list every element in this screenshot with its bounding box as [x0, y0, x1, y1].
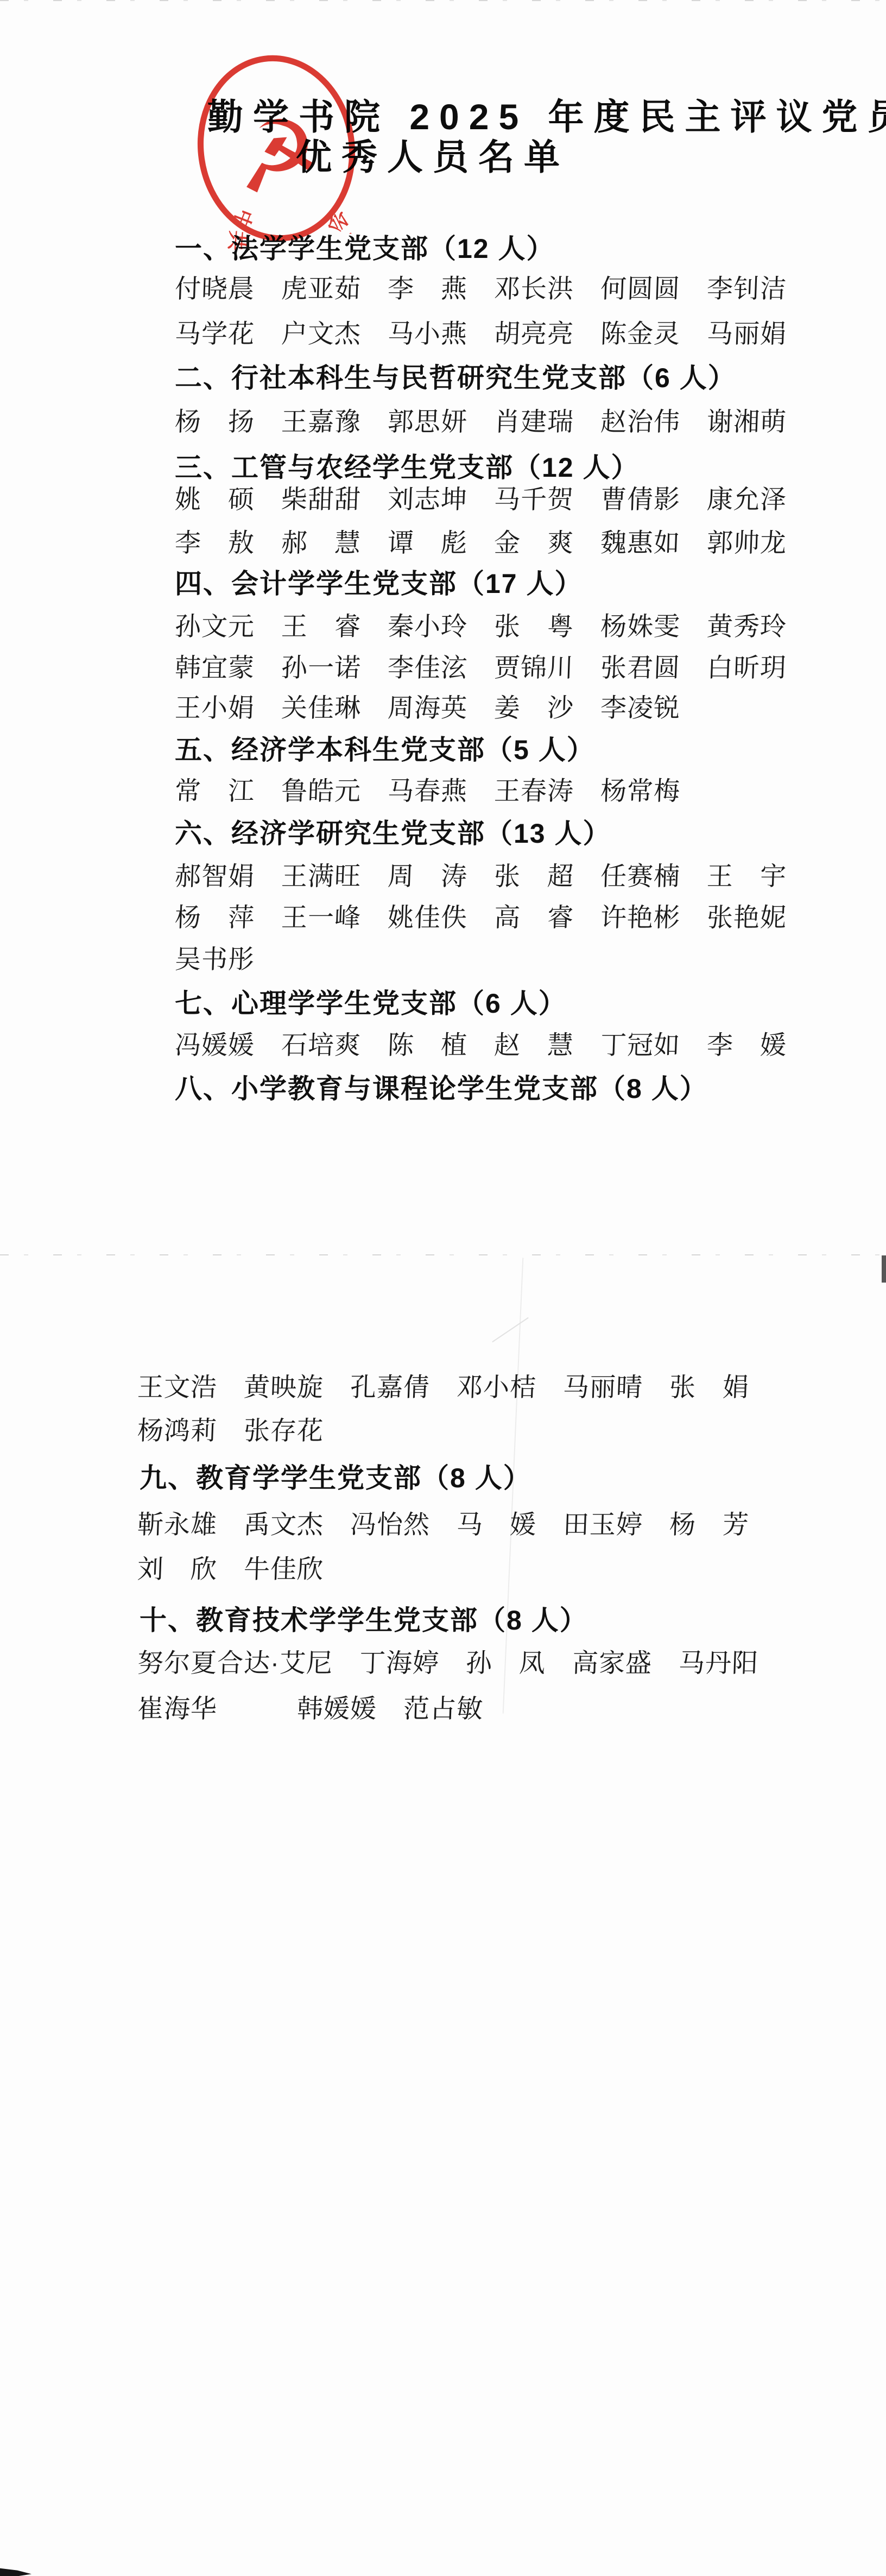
name-row: 杨 扬 王嘉豫 郭思妍 肖建瑞 赵治伟 谢湘萌 [174, 407, 787, 437]
section-heading-6: 六、经济学研究生党支部（13 人） [175, 818, 611, 850]
name-row: 韩宜蒙 孙一诺 李佳泫 贾锦川 张君圆 白昕玥 [174, 653, 787, 683]
name-row: 杨鸿莉 张存花 [137, 1416, 324, 1446]
official-red-stamp: 中共宁夏大学勤学书院委员会 ☭ [184, 43, 369, 254]
scan-corner-mark [0, 2562, 31, 2576]
name-row: 杨 萍 王一峰 姚佳佚 高 睿 许艳彬 张艳妮 [174, 903, 787, 933]
name-row: 付晓晨 虎亚茹 李 燕 邓长洪 何圆圆 李钊洁 [174, 274, 787, 304]
section-heading-5: 五、经济学本科生党支部（5 人） [175, 735, 595, 766]
name-row: 崔海华 韩媛媛 范占敏 [137, 1694, 484, 1724]
section-heading-9: 九、教育学学生党支部（8 人） [140, 1463, 531, 1494]
name-row: 郝智娟 王满旺 周 涛 张 超 任赛楠 王 宇 [174, 862, 787, 892]
section-heading-4: 四、会计学学生党支部（17 人） [175, 569, 583, 600]
name-row: 冯媛媛 石培爽 陈 植 赵 慧 丁冠如 李 媛 [174, 1031, 787, 1060]
section-heading-2: 二、行社本科生与民哲研究生党支部（6 人） [175, 363, 736, 394]
name-row: 孙文元 王 睿 秦小玲 张 粤 杨姝雯 黄秀玲 [174, 612, 787, 642]
section-heading-7: 七、心理学学生党支部（6 人） [175, 988, 567, 1020]
scan-seam-top [0, 0, 886, 1]
name-row: 姚 硕 柴甜甜 刘志坤 马千贺 曹倩影 康允泽 [174, 485, 787, 515]
name-row: 靳永雄 禹文杰 冯怡然 马 媛 田玉婷 杨 芳 [137, 1510, 750, 1540]
paper-scratch [492, 1317, 528, 1342]
scanned-document-page: 勤学书院 2025 年度民主评议党员 优秀人员名单 一、法学学生党支部（12 人… [0, 0, 886, 2576]
name-row: 吴书彤 [174, 945, 255, 975]
name-row: 李 敖 郝 慧 谭 彪 金 爽 魏惠如 郭帅龙 [174, 528, 787, 558]
section-heading-3: 三、工管与农经学生党支部（12 人） [175, 452, 640, 484]
section-heading-8: 八、小学教育与课程论学生党支部（8 人） [175, 1074, 708, 1105]
name-row: 马学花 户文杰 马小燕 胡亮亮 陈金灵 马丽娟 [174, 319, 787, 349]
name-row: 刘 欣 牛佳欣 [137, 1555, 324, 1584]
name-row: 王小娟 关佳琳 周海英 姜 沙 李凌锐 [174, 693, 681, 723]
name-row: 努尔夏合达·艾尼 丁海婷 孙 凤 高家盛 马丹阳 [137, 1649, 759, 1678]
scan-seam-page-break [0, 1254, 886, 1255]
scan-edge-artifact [882, 1255, 886, 1283]
name-row: 常 江 鲁皓元 马春燕 王春涛 杨常梅 [174, 776, 681, 806]
name-row: 王文浩 黄映旋 孔嘉倩 邓小桔 马丽晴 张 娟 [137, 1373, 750, 1403]
section-heading-10: 十、教育技术学学生党支部（8 人） [140, 1605, 588, 1637]
hammer-sickle-icon: ☭ [227, 94, 327, 217]
